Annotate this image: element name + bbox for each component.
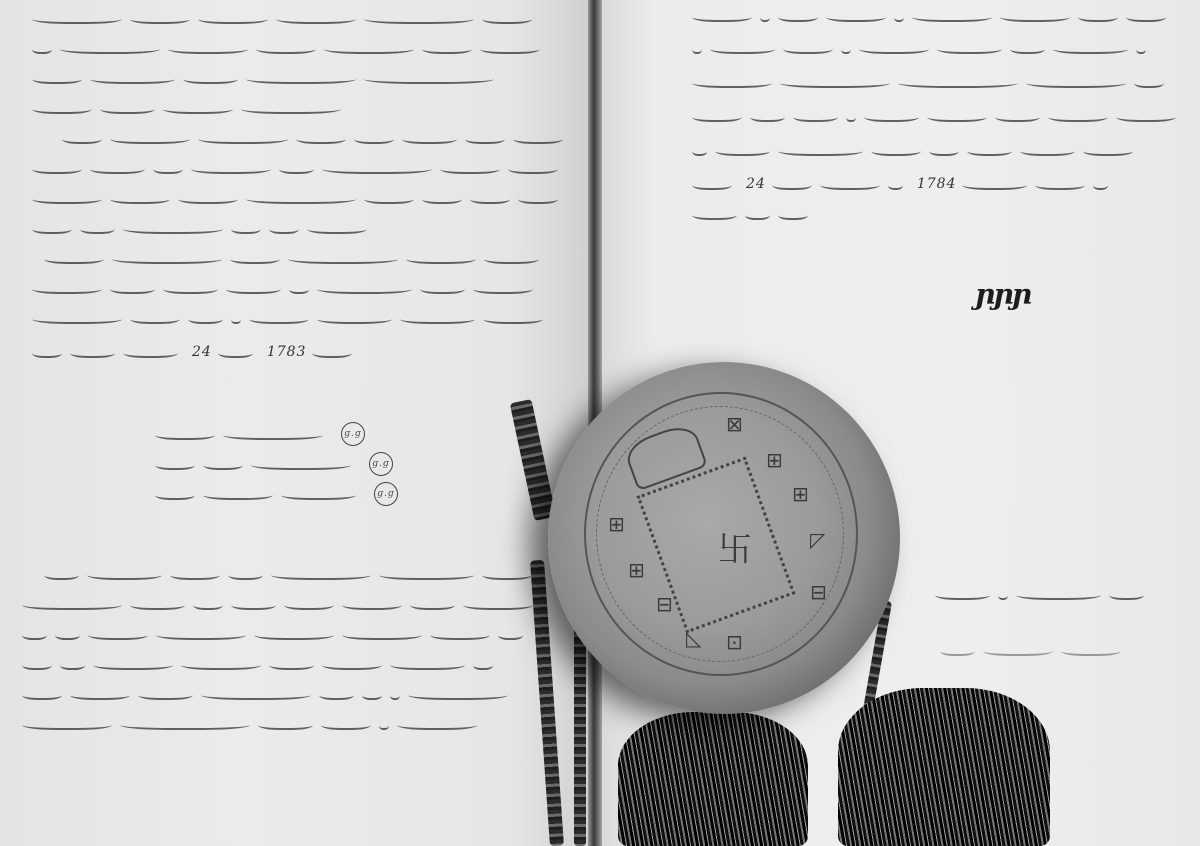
heraldic-glyph-icon: ⊟: [656, 592, 673, 616]
heraldic-glyph-icon: ⊠: [726, 412, 743, 436]
signatory-line: ɡ.ɡ: [155, 482, 398, 506]
seal-mark-icon: ɡ.ɡ: [369, 452, 393, 476]
text-line: [32, 188, 566, 206]
heraldic-glyph-icon: ⊞: [608, 512, 625, 536]
text-line: [22, 624, 531, 642]
tassel-left: [618, 712, 808, 846]
wax-seal: ⊠ ⊞ ⊞ ◸ ⊟ ⊞ ⊞ ⊟ ◺ ⊡ 卐: [548, 362, 900, 714]
heraldic-glyph-icon: ⊞: [766, 448, 783, 472]
lower-signature: [935, 584, 1152, 602]
text-line: [22, 714, 485, 732]
text-line: [32, 278, 541, 296]
text-line: [22, 654, 501, 672]
seal-mark-icon: ɡ.ɡ: [341, 422, 365, 446]
text-line: [22, 594, 541, 612]
signatory-line: ɡ.ɡ: [155, 422, 365, 446]
left-page: 241783 ɡ.ɡ ɡ.ɡ ɡ.ɡ: [0, 0, 595, 846]
heraldic-glyph-icon: ◺: [686, 626, 701, 650]
text-line: [32, 8, 540, 26]
text-line: [32, 218, 375, 236]
monogram-glyph-icon: 卐: [718, 522, 752, 571]
heraldic-glyph-icon: ⊞: [628, 558, 645, 582]
monogram-signature: ɲɲɲ: [975, 278, 1030, 311]
text-line: [32, 68, 502, 86]
tassel-right: [838, 688, 1050, 846]
text-line: [692, 140, 1141, 158]
text-line: [44, 248, 547, 266]
seal-mark-icon: ɡ.ɡ: [374, 482, 398, 506]
heraldic-glyph-icon: ⊞: [792, 482, 809, 506]
date-year: 1784: [917, 176, 957, 192]
text-line: [32, 158, 566, 176]
date-line: 241784: [692, 174, 1116, 192]
text-line: [692, 38, 1154, 56]
text-line: [32, 308, 551, 326]
text-line: [32, 38, 548, 56]
heraldic-glyph-icon: ⊟: [810, 580, 827, 604]
heraldic-glyph-icon: ◸: [810, 528, 825, 552]
date-year: 1783: [267, 344, 307, 360]
text-line: [692, 6, 1174, 24]
text-line: [22, 684, 516, 702]
date-line: 241783: [32, 342, 360, 360]
date-day: 24: [192, 344, 212, 360]
date-day: 24: [746, 176, 766, 192]
text-line: [692, 72, 1172, 90]
lower-signature-faint: [940, 640, 1129, 658]
heraldic-glyph-icon: ⊡: [726, 630, 743, 654]
text-line: [692, 106, 1184, 124]
text-line: [32, 98, 349, 116]
signatory-line: ɡ.ɡ: [155, 452, 393, 476]
text-line: [44, 564, 540, 582]
text-line: [692, 204, 816, 222]
text-line: [62, 128, 571, 146]
